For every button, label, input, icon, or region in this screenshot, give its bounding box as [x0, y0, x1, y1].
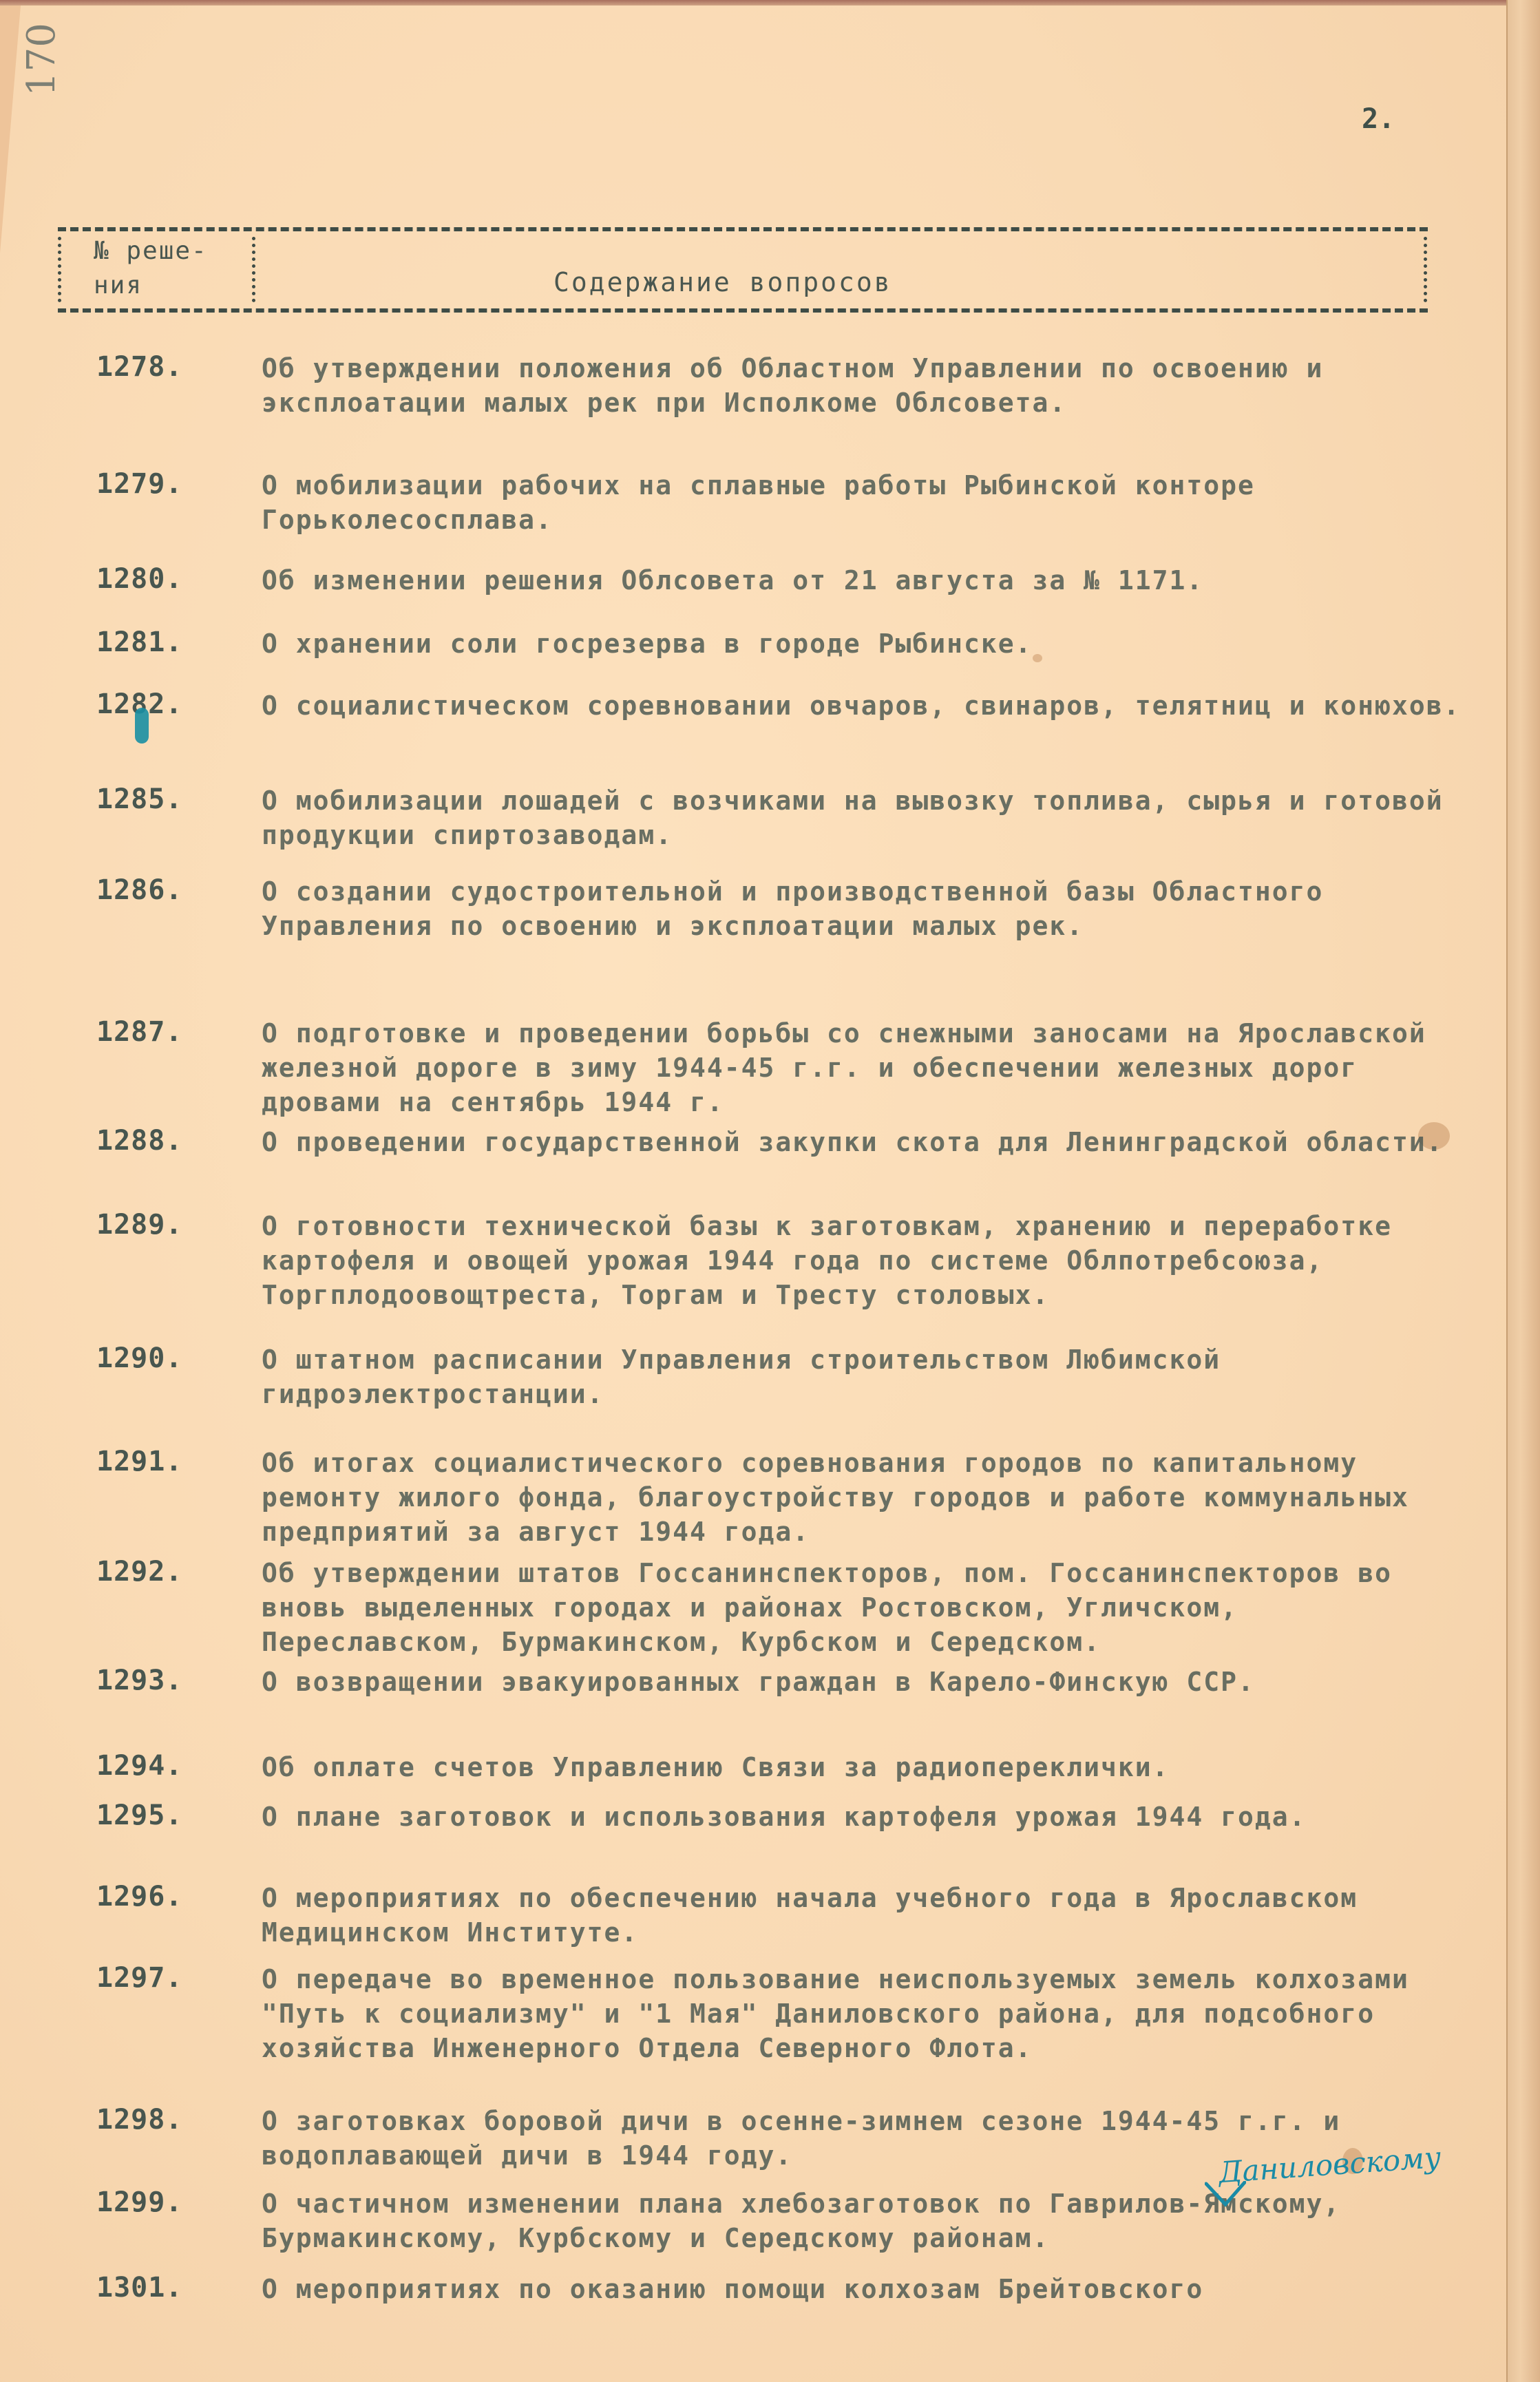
header-number-column: № реше- ния: [94, 234, 208, 303]
resolution-text: Об утверждении положения об Областном Уп…: [262, 351, 1473, 420]
resolution-text: О мероприятиях по обеспечению начала уче…: [262, 1881, 1473, 1950]
resolution-number: 1286.: [96, 874, 193, 906]
resolution-text: О мобилизации рабочих на сплавные работы…: [262, 468, 1473, 537]
header-top-rule: [58, 227, 1428, 231]
resolution-number: 1291.: [96, 1446, 193, 1477]
header-content-column: Содержание вопросов: [553, 267, 892, 297]
ink-digit-correction: [135, 708, 149, 744]
resolution-text: О штатном расписании Управления строител…: [262, 1342, 1473, 1411]
resolution-text: О плане заготовок и использования картоф…: [262, 1800, 1473, 1834]
resolution-text: Об оплате счетов Управлению Связи за рад…: [262, 1750, 1473, 1784]
header-bottom-rule: [58, 308, 1428, 313]
header-number-line1: № реше-: [94, 234, 208, 268]
resolution-number: 1299.: [96, 2186, 193, 2218]
resolution-number: 1297.: [96, 1962, 193, 1994]
page-right-edge: [1506, 0, 1540, 2382]
resolution-number: 1285.: [96, 783, 193, 815]
resolution-text: О частичном изменении плана хлебозаготов…: [262, 2186, 1473, 2255]
folded-corner: [0, 6, 21, 253]
resolution-number: 1292.: [96, 1556, 193, 1588]
resolution-number: 1287.: [96, 1016, 193, 1048]
resolution-number: 1295.: [96, 1800, 193, 1831]
resolution-number: 1298.: [96, 2104, 193, 2136]
resolution-text: О создании судостроительной и производст…: [262, 874, 1473, 943]
resolution-number: 1301.: [96, 2272, 193, 2304]
header-right-divider: [1424, 237, 1427, 302]
insertion-caret-icon: [1205, 2181, 1246, 2207]
resolution-text: О мероприятиях по оказанию помощи колхоз…: [262, 2272, 1473, 2306]
resolution-number: 1288.: [96, 1125, 193, 1157]
resolution-text: О хранении соли госрезерва в городе Рыби…: [262, 626, 1473, 661]
resolution-number: 1293.: [96, 1665, 193, 1696]
resolution-number: 1278.: [96, 351, 193, 383]
header-number-line2: ния: [94, 268, 208, 303]
resolution-text: О готовности технической базы к заготовк…: [262, 1209, 1473, 1312]
resolution-text: О проведении государственной закупки ско…: [262, 1125, 1473, 1159]
resolution-number: 1281.: [96, 626, 193, 658]
resolution-text: О возвращении эвакуированных граждан в К…: [262, 1665, 1473, 1699]
resolution-number: 1289.: [96, 1209, 193, 1241]
resolution-text: О подготовке и проведении борьбы со снеж…: [262, 1016, 1473, 1119]
resolution-text: О передаче во временное пользование неис…: [262, 1962, 1473, 2065]
header-left-divider: [58, 237, 61, 302]
resolution-text: Об утверждении штатов Госсанинспекторов,…: [262, 1556, 1473, 1659]
table-header: № реше- ния Содержание вопросов: [58, 227, 1428, 313]
resolution-number: 1280.: [96, 563, 193, 595]
resolution-number: 1294.: [96, 1750, 193, 1782]
resolution-number: 1279.: [96, 468, 193, 500]
resolution-text: О социалистическом соревновании овчаров,…: [262, 688, 1473, 723]
resolution-text: Об изменении решения Облсовета от 21 авг…: [262, 563, 1473, 598]
pencil-folio-number: 170: [19, 23, 64, 96]
header-column-divider: [252, 237, 255, 302]
resolution-text: О мобилизации лошадей с возчиками на выв…: [262, 783, 1473, 852]
resolution-number: 1290.: [96, 1342, 193, 1374]
page-number: 2.: [1362, 103, 1395, 135]
resolution-number: 1296.: [96, 1881, 193, 1912]
resolution-text: Об итогах социалистического соревнования…: [262, 1446, 1473, 1549]
